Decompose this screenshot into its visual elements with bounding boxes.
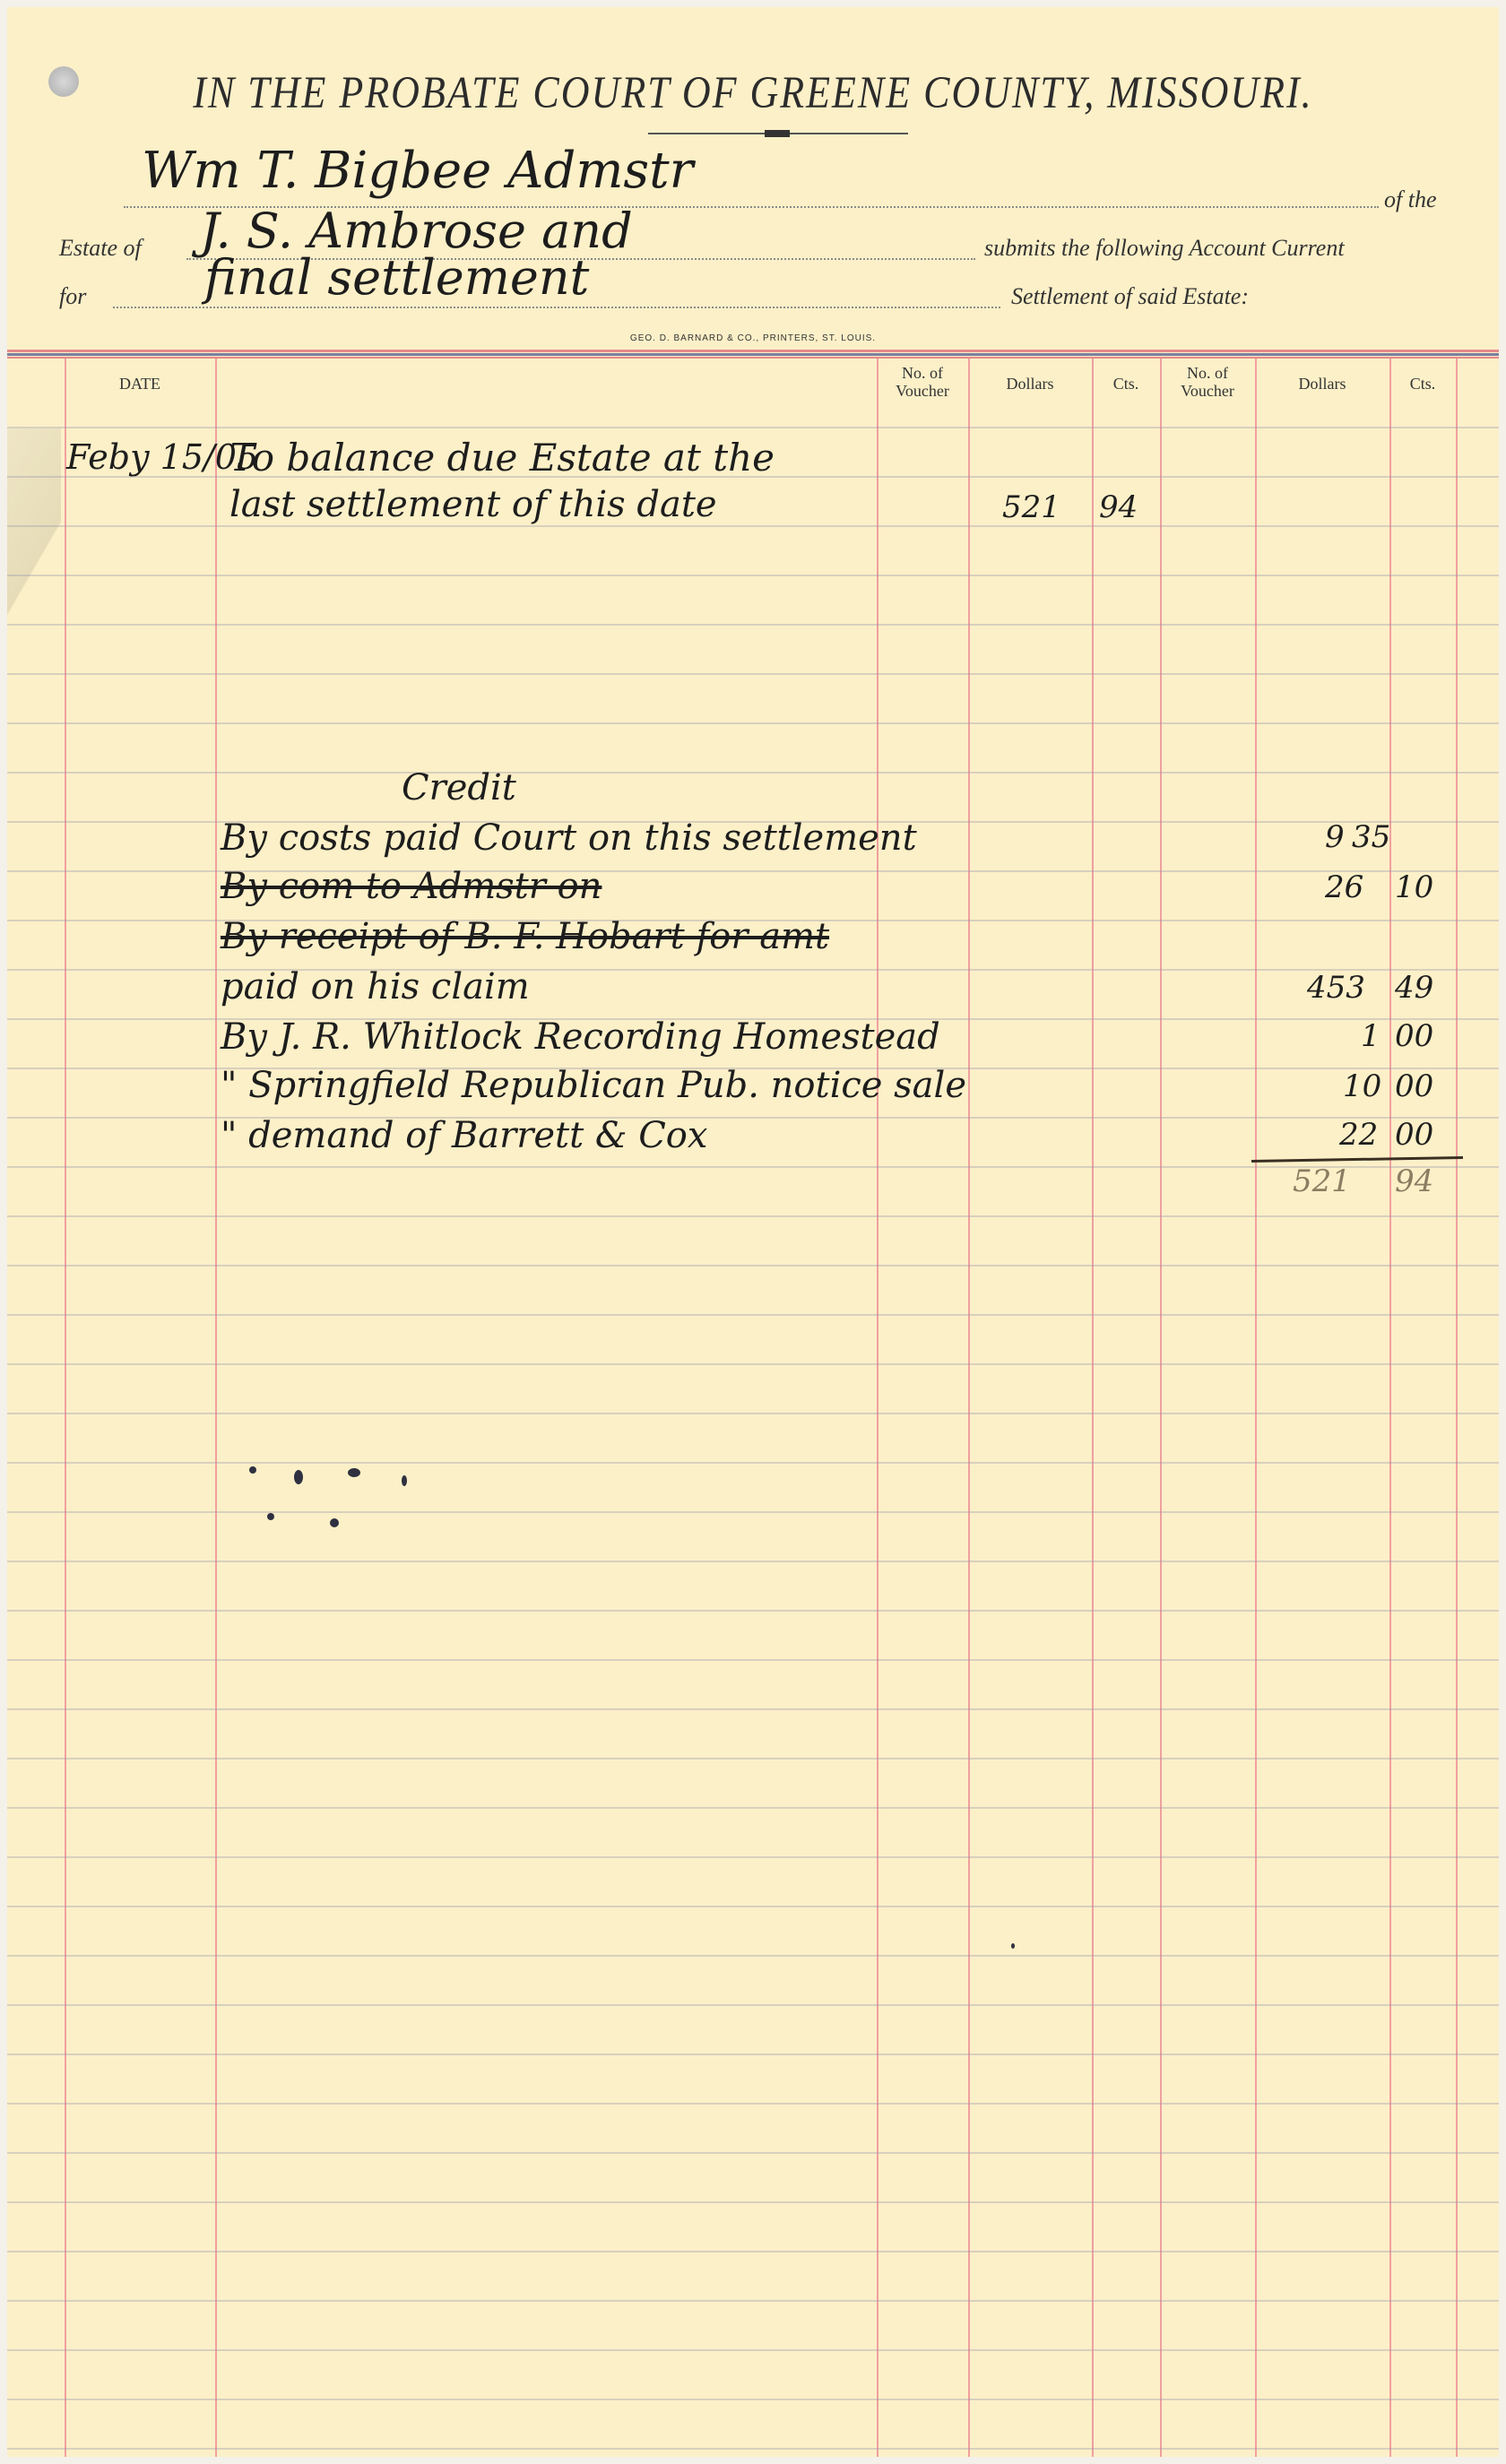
ruled-line [7,1265,1499,1267]
credit-entry: paid on his claim [221,966,530,1007]
settlement-type: final settlement [204,249,589,306]
ruled-line [7,1413,1499,1414]
ruled-line [7,2251,1499,2252]
credit-heading: Credit [402,767,516,808]
ruled-line [7,624,1499,626]
title-ornament-divider [648,133,908,134]
column-header-line: Voucher [1160,382,1255,400]
credit-cents: 10 [1395,869,1433,905]
header-rule-red [7,350,1499,352]
ruled-line [7,1363,1499,1365]
ruled-line [7,722,1499,724]
credit-total-cents: 94 [1395,1163,1433,1199]
form-title: IN THE PROBATE COURT OF GREENE COUNTY, M… [7,66,1499,119]
settlement-label: Settlement of said Estate: [1011,283,1249,310]
ink-blot [1011,1943,1015,1949]
column-header-line: No. of [877,364,968,382]
header-rule-red-2 [7,357,1499,359]
ruled-line [7,575,1499,576]
ruled-line [7,1561,1499,1562]
ruled-line [7,525,1499,527]
ruled-line [7,2004,1499,2006]
column-header-debit-voucher: No. of Voucher [877,364,968,400]
ink-blot [267,1513,274,1520]
column-header-date: DATE [65,375,215,393]
column-header-credit-dollars: Dollars [1255,375,1389,393]
debit-entry-line-1: To balance due Estate at the [229,436,775,480]
credit-dollars: 1 [1361,1018,1380,1054]
ruled-line [7,427,1499,428]
column-header-credit-voucher: No. of Voucher [1160,364,1255,400]
submits-label: submits the following Account Current [984,235,1345,262]
ruled-line [7,2152,1499,2154]
ruled-line [7,673,1499,675]
probate-account-form: IN THE PROBATE COURT OF GREENE COUNTY, M… [7,7,1499,2457]
credit-dollars: 10 [1343,1068,1381,1104]
debit-cents: 94 [1099,489,1138,525]
for-dotted-line [113,307,1000,308]
ruled-line [7,1906,1499,1907]
credit-cents: 00 [1395,1068,1433,1104]
ruled-line [7,2053,1499,2055]
ruled-line [7,1708,1499,1710]
for-label: for [59,283,86,310]
printer-imprint: GEO. D. BARNARD & CO., PRINTERS, ST. LOU… [7,333,1499,343]
ruled-line [7,1758,1499,1759]
column-header-debit-cents: Cts. [1092,375,1160,393]
ruled-line [7,1314,1499,1316]
ink-blot [249,1466,256,1474]
ruled-line [7,1462,1499,1464]
column-header-debit-dollars: Dollars [968,375,1092,393]
ink-blot [294,1470,303,1484]
ruled-line [7,1166,1499,1168]
header-rule-blue [7,353,1499,356]
credit-cents: 35 [1352,819,1390,855]
credit-dollars: 22 [1339,1117,1378,1153]
column-header-line: No. of [1160,364,1255,382]
ruled-line [7,1215,1499,1217]
ruled-line [7,2300,1499,2302]
credit-entry: " demand of Barrett & Cox [221,1115,707,1156]
ruled-line [7,1856,1499,1858]
ruled-line [7,772,1499,774]
column-header-line: Voucher [877,382,968,400]
ruled-line [7,2448,1499,2450]
ruled-line [7,2349,1499,2351]
of-the-label: of the [1384,186,1437,213]
total-underline [1251,1156,1463,1163]
credit-dollars: 26 [1325,869,1363,905]
ruled-line [7,1511,1499,1513]
credit-cents: 00 [1395,1018,1433,1054]
debit-entry-line-2: last settlement of this date [229,484,717,525]
ruled-line [7,2201,1499,2203]
credit-cents: 49 [1395,970,1433,1006]
credit-entry: " Springfield Republican Pub. notice sal… [221,1065,966,1106]
estate-of-label: Estate of [59,235,142,262]
credit-entry: By com to Admstr on [221,866,602,907]
ink-blot [330,1518,339,1527]
debit-dollars: 521 [1002,489,1060,525]
ink-blot [348,1468,360,1477]
administrator-name: Wm T. Bigbee Admstr [142,142,693,200]
credit-dollars: 9 [1325,819,1345,855]
credit-entry: By J. R. Whitlock Recording Homestead [221,1016,940,1058]
ruled-line [7,2399,1499,2400]
credit-total-dollars: 521 [1293,1163,1351,1199]
column-header-credit-cents: Cts. [1389,375,1456,393]
ruled-line [7,1955,1499,1957]
ruled-line [7,1807,1499,1809]
ink-blot [402,1475,407,1486]
credit-entry: By receipt of B. F. Hobart for amt [221,916,829,957]
credit-entry: By costs paid Court on this settlement [221,817,917,859]
credit-dollars: 453 [1307,970,1365,1006]
ruled-line [7,1610,1499,1612]
ruled-line [7,1659,1499,1661]
ruled-line [7,2103,1499,2105]
credit-cents: 00 [1395,1117,1433,1153]
torn-edge [7,428,61,644]
